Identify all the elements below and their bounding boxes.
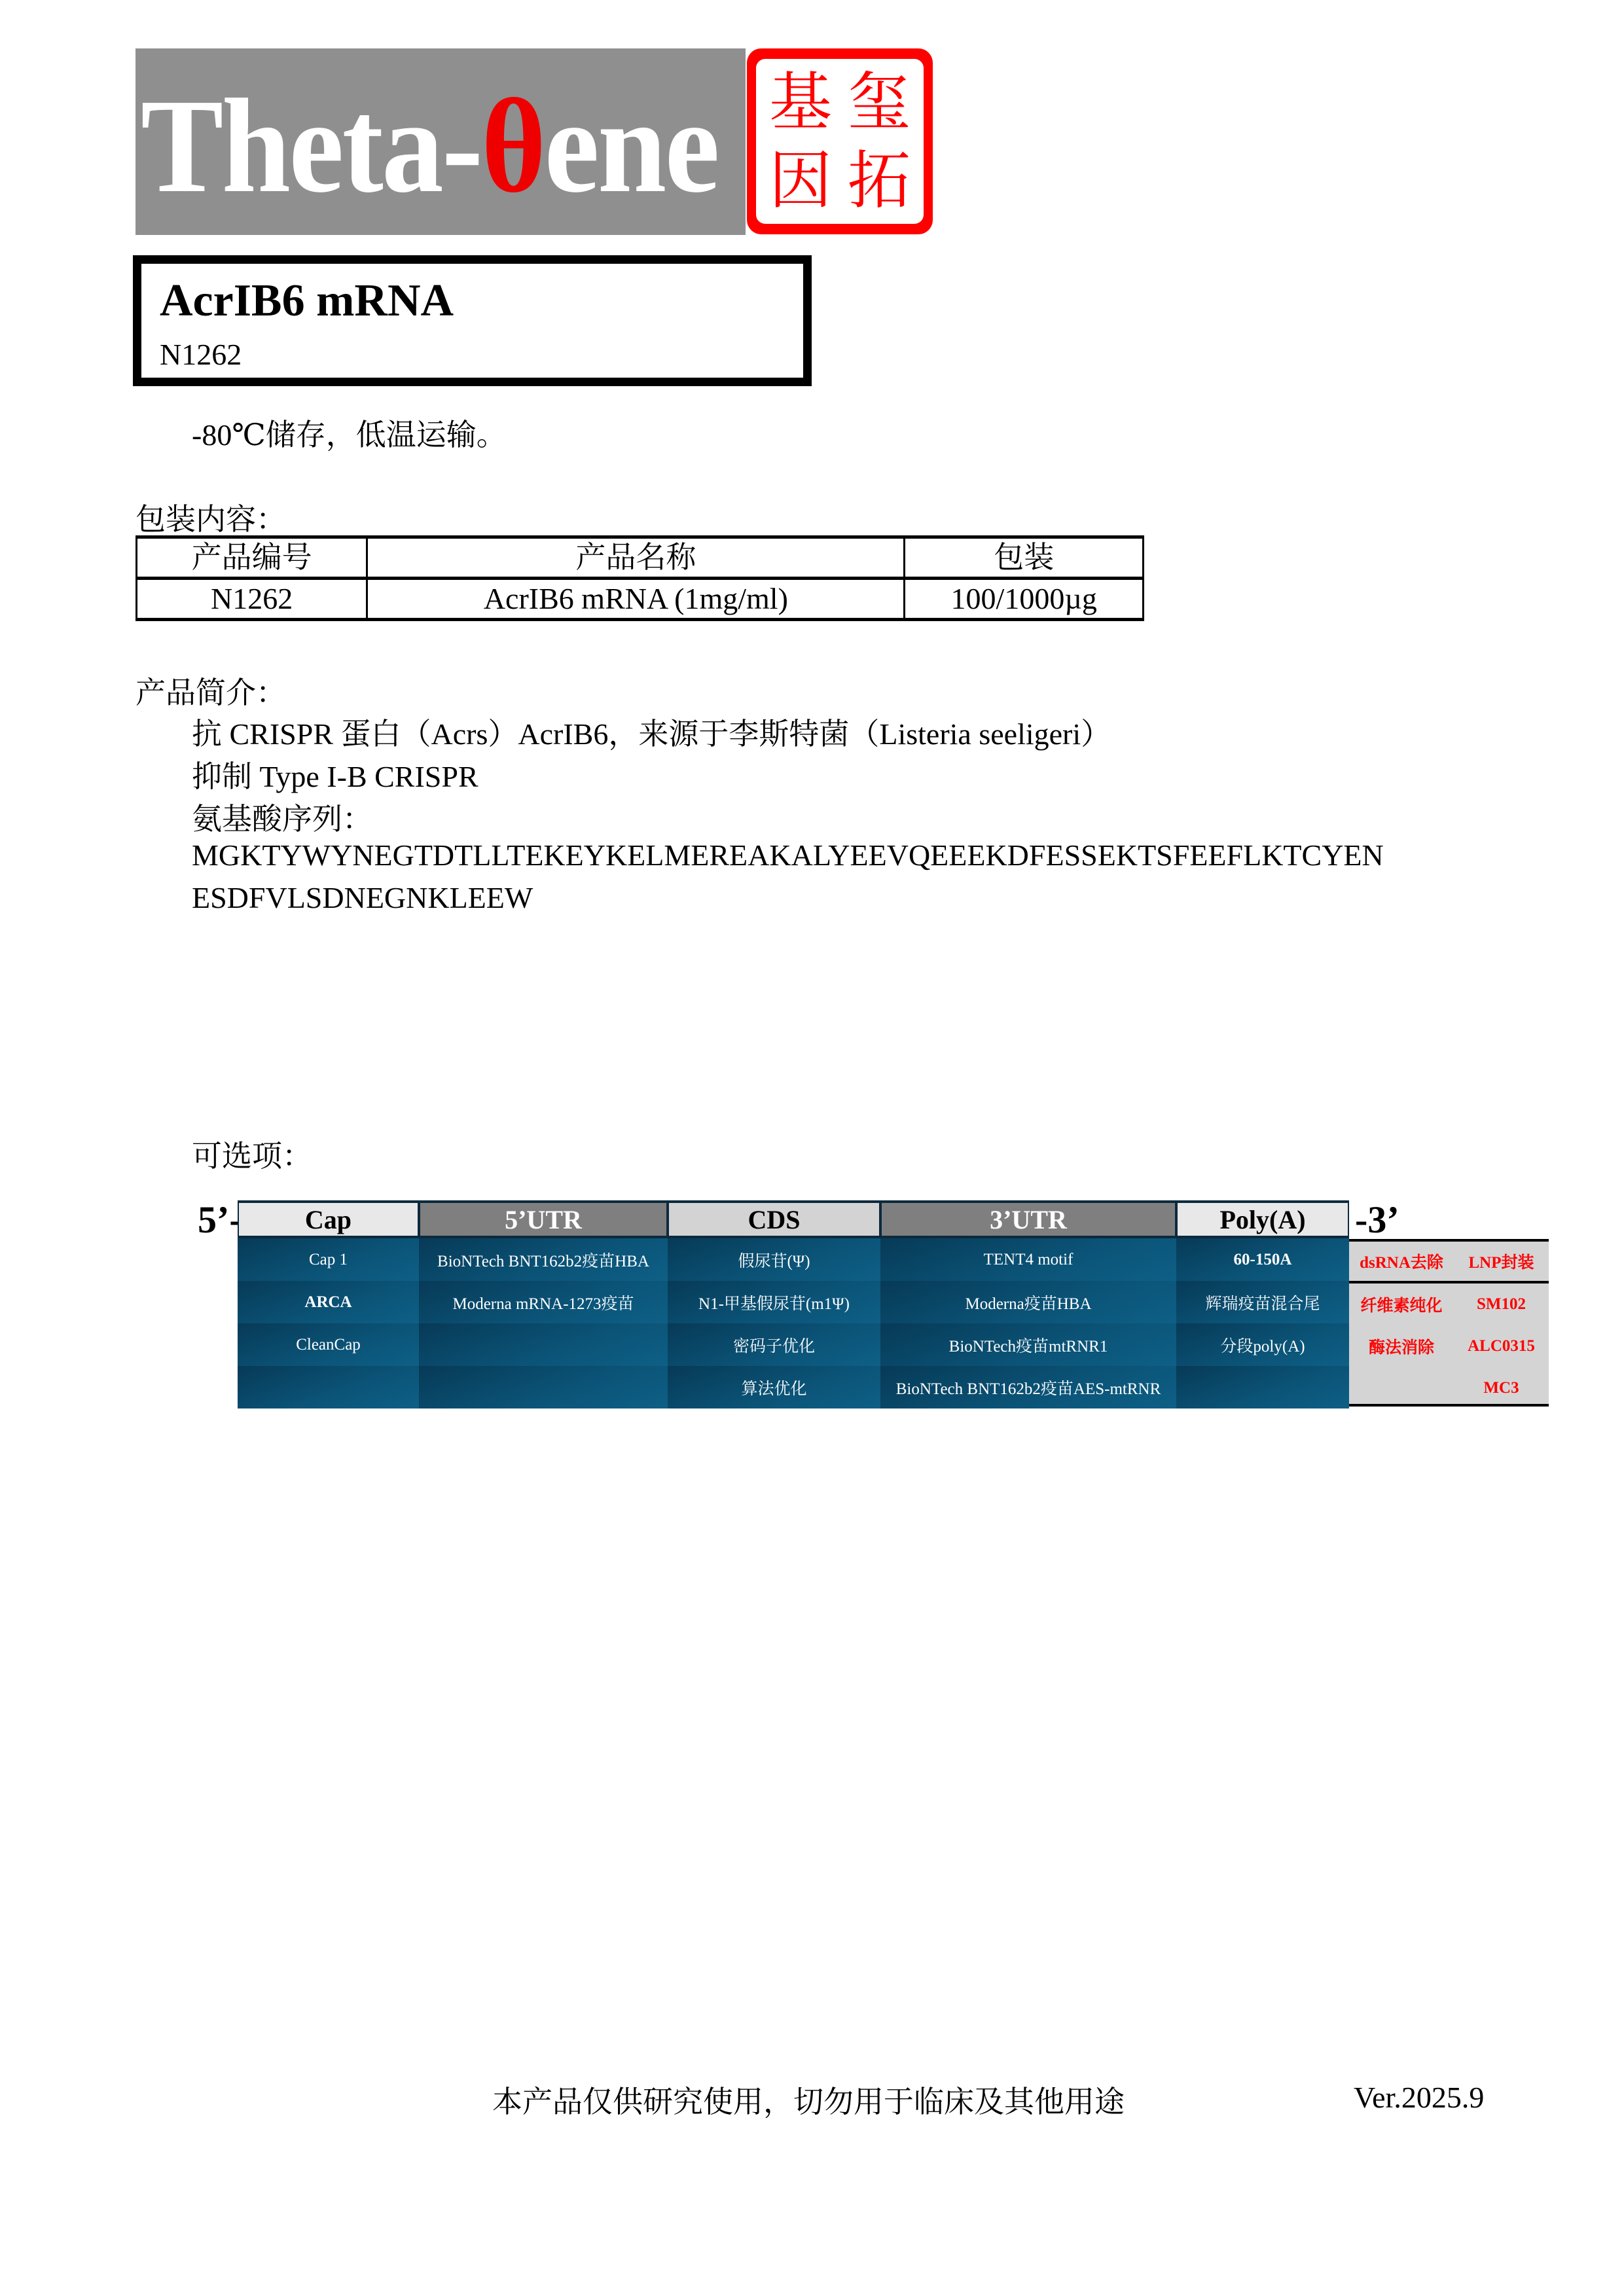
option-cell: ARCA — [238, 1281, 419, 1323]
amino-acid-sequence-line: MGKTYWYNEGTDTLLTEKEYKELMEREAKALYEEVQEEEK… — [192, 838, 1384, 872]
option-cell: BioNTech BNT162b2疫苗HBA — [419, 1238, 668, 1281]
intro-line: 氨基酸序列： — [192, 795, 372, 838]
purification-option: dsRNA去除 — [1349, 1242, 1454, 1283]
logo-text-suffix: ene — [545, 71, 718, 221]
table-cell-name: AcrIB6 mRNA (1mg/ml) — [367, 579, 905, 620]
column-header: 产品编号 — [137, 537, 367, 579]
encapsulation-option: MC3 — [1454, 1367, 1549, 1409]
three-prime-label: -3’ — [1355, 1198, 1399, 1242]
option-cell — [238, 1366, 419, 1408]
table-row: N1262 AcrIB6 mRNA (1mg/ml) 100/1000µg — [137, 579, 1144, 620]
option-cell — [1176, 1366, 1349, 1408]
option-cell: Cap 1 — [238, 1238, 419, 1281]
column-header-3utr: 3’UTR — [882, 1203, 1175, 1236]
option-cell: 假尿苷(Ψ) — [668, 1238, 880, 1281]
option-cell: BioNTech BNT162b2疫苗AES-mtRNR — [880, 1366, 1176, 1408]
purification-option: 纤维素纯化 — [1349, 1283, 1454, 1325]
packaging-table: 产品编号 产品名称 包装 N1262 AcrIB6 mRNA (1mg/ml) … — [135, 535, 1144, 621]
option-cell — [419, 1366, 668, 1408]
option-cell: 60-150A — [1176, 1238, 1349, 1281]
seal-char: 基 — [769, 71, 832, 134]
table-cell-code: N1262 — [137, 579, 367, 620]
option-cell: Moderna疫苗HBA — [880, 1281, 1176, 1323]
amino-acid-sequence-line: ESDFVLSDNEGNKLEEW — [192, 880, 533, 915]
column-header-cap: Cap — [239, 1203, 418, 1236]
option-cell: BioNTech疫苗mtRNR1 — [880, 1323, 1176, 1366]
option-cell: 辉瑞疫苗混合尾 — [1176, 1281, 1349, 1323]
document-version: Ver.2025.9 — [1354, 2080, 1484, 2115]
option-cell: N1-甲基假尿苷(m1Ψ) — [668, 1281, 880, 1323]
encapsulation-option: SM102 — [1454, 1283, 1549, 1325]
storage-note: -80℃储存，低温运输。 — [192, 411, 507, 454]
intro-line: 抗 CRISPR 蛋白（Acrs）AcrIB6，来源于李斯特菌（Listeria… — [192, 710, 1111, 753]
mrna-options-diagram: Cap 5’UTR CDS 3’UTR Poly(A) Cap 1 BioNTe… — [238, 1200, 1349, 1406]
column-header: 包装 — [905, 537, 1144, 579]
option-cell: 分段poly(A) — [1176, 1323, 1349, 1366]
seal-char: 拓 — [848, 149, 911, 212]
five-prime-label: 5’- — [198, 1198, 242, 1242]
packaging-heading: 包装内容： — [135, 495, 286, 539]
intro-heading: 产品简介： — [135, 669, 286, 712]
encapsulation-option: LNP封装 — [1454, 1242, 1549, 1283]
company-logo-text: Theta-θene — [141, 79, 718, 213]
options-heading: 可选项： — [192, 1132, 312, 1175]
product-title: AcrIB6 mRNA — [160, 275, 454, 327]
company-seal-logo: 基 玺 因 拓 — [747, 48, 933, 234]
purification-option: 酶法消除 — [1349, 1325, 1454, 1367]
logo-text-prefix: Theta- — [141, 71, 481, 221]
intro-line: 抑制 Type I-B CRISPR — [192, 753, 478, 796]
option-cell: Moderna mRNA-1273疫苗 — [419, 1281, 668, 1323]
column-header: 产品名称 — [367, 537, 905, 579]
table-cell-package: 100/1000µg — [905, 579, 1144, 620]
option-cell: CleanCap — [238, 1323, 419, 1366]
extra-services-grid: dsRNA去除 LNP封装 纤维素纯化 SM102 酶法消除 ALC0315 M… — [1349, 1239, 1549, 1407]
seal-char: 因 — [769, 149, 832, 212]
product-code: N1262 — [160, 337, 242, 372]
footer-disclaimer: 本产品仅供研究使用，切勿用于临床及其他用途 — [492, 2078, 1125, 2121]
column-header-5utr: 5’UTR — [420, 1203, 666, 1236]
option-cell: TENT4 motif — [880, 1238, 1176, 1281]
column-header-cds: CDS — [669, 1203, 879, 1236]
logo-theta-glyph: θ — [481, 71, 544, 221]
purification-option — [1349, 1367, 1454, 1409]
option-cell — [419, 1323, 668, 1366]
option-cell: 算法优化 — [668, 1366, 880, 1408]
encapsulation-option: ALC0315 — [1454, 1325, 1549, 1367]
seal-char: 玺 — [848, 71, 911, 134]
option-cell: 密码子优化 — [668, 1323, 880, 1366]
seal-inner: 基 玺 因 拓 — [756, 59, 924, 224]
column-header-polya: Poly(A) — [1178, 1203, 1348, 1236]
table-header-row: 产品编号 产品名称 包装 — [137, 537, 1144, 579]
